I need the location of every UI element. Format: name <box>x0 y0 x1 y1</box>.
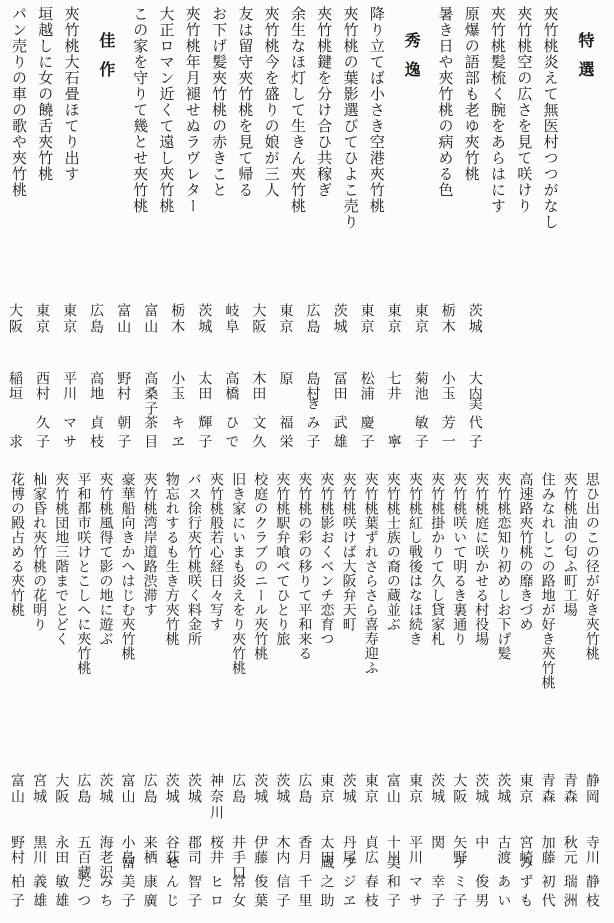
author-location: 大阪 <box>450 773 467 805</box>
author-location: 広島 <box>229 773 246 805</box>
poem-text: 垣越しに女の饒舌夾竹桃 <box>36 6 54 182</box>
author-surname: 七井 <box>385 371 403 401</box>
poem-text: 夾竹桃油の匂ふ町工場 <box>561 472 578 617</box>
poem-text: 夾竹桃団地三階までとどく <box>52 472 69 646</box>
poem-text: 夾竹桃髪梳く腕をあらはにす <box>489 6 507 214</box>
author-location: 神奈川 <box>207 773 224 821</box>
author-surname: 野村 <box>8 835 25 865</box>
author-surname: 太田 <box>195 371 213 401</box>
author-column: 岐阜 高橋 ひで <box>222 303 240 453</box>
author-given-name: ヒロ <box>207 874 224 912</box>
author-surname: 野村 <box>114 371 132 401</box>
author-column: 栃木 小玉 キヱ <box>168 303 186 453</box>
author-given-name: キヱ <box>168 415 186 453</box>
entry-column: 思ひ出のこの径が好き夾竹桃 静岡 寺川 静枝 <box>583 460 600 923</box>
entry-column: 住みなれしこの路地が好き夾竹桃 青森 加藤 初代 <box>539 460 556 923</box>
poem-text: 夾竹桃掛かりて久し貸家札 <box>428 472 445 646</box>
section-heading: 秀逸 <box>401 32 421 90</box>
author-location: 東京 <box>362 773 379 805</box>
author-given-name: 俊男 <box>472 874 489 912</box>
poem-text: 夾竹桃咲けば大阪弁天町 <box>340 472 357 632</box>
entry-column: 物忘れするも生き方夾竹桃 茨城 谷荻 せんじ <box>163 460 180 923</box>
author-column: 大阪 稲垣 求 <box>6 303 24 453</box>
entry-column: 夾竹桃掛かりて久し貸家札 茨城 関 幸子 <box>428 460 445 923</box>
poem-column: 夾竹桃鍵を分け合ひ共稼ぎ <box>315 6 333 198</box>
author-surname: 木内 <box>273 835 290 865</box>
author-location: 東京 <box>318 773 335 805</box>
author-column: 広島 高地 貞枝 <box>87 303 105 453</box>
poem-text: 住みなれしこの路地が好き夾竹桃 <box>539 472 556 690</box>
author-surname: 高橋 <box>222 371 240 401</box>
author-column: 茨城 太田 輝子 <box>195 303 213 453</box>
section-heading: 佳作 <box>96 32 116 90</box>
entry-column: 夾竹桃団地三階までとどく 大阪 永田 敏雄 <box>52 460 69 923</box>
poem-text: 杣家昏れ夾竹桃の花明り <box>30 472 47 632</box>
author-given-name: 信子 <box>273 874 290 912</box>
author-location: 茨城 <box>163 773 180 805</box>
author-surname: 寺川 <box>583 835 600 865</box>
author-surname: 小玉 <box>168 371 186 401</box>
author-given-name: 輝子 <box>195 415 213 453</box>
poem-column: 夾竹桃今を盛りの娘が三人 <box>263 6 281 198</box>
poem-text: 夾竹桃士族の裔の蔵並ぶ <box>384 472 401 632</box>
entry-column: 夾竹桃紅し戦後はなほ続き 東京 平川 マサ <box>406 460 423 923</box>
author-location: 富山 <box>8 773 25 805</box>
author-location: 大阪 <box>6 303 24 335</box>
author-given-name: ひで <box>222 415 240 453</box>
entry-column: 夾竹桃咲いて明るき裏通り 大阪 矢野 ナミ子 <box>450 460 467 923</box>
author-surname: 木田 <box>249 371 267 401</box>
poem-column: お下げ髪夾竹桃の赤きこと <box>210 6 228 198</box>
entry-column: 平和都市咲けとこしへに夾竹桃 広島 五百藏 たつ <box>74 460 91 923</box>
author-location: 茨城 <box>185 773 202 805</box>
author-surname: 関 <box>428 835 445 850</box>
author-column: 富山 高桑子 茶目 <box>141 303 159 453</box>
entry-column: 夾竹桃庭に咲かせる村役場 茨城 中 俊男 <box>472 460 489 923</box>
author-location: 大阪 <box>52 773 69 805</box>
author-column: 東京 西村 久子 <box>33 303 51 453</box>
author-surname: 高地 <box>87 371 105 401</box>
author-given-name: あい <box>494 874 511 912</box>
author-location: 茨城 <box>331 303 349 335</box>
poem-column: 夾竹桃大石畳ほてり出す <box>63 6 81 182</box>
author-column: 茨城 冨田 武雄 <box>331 303 349 453</box>
entry-column: 夾竹桃風得て影の地に遊ぶ 茨城 海老沢 みち <box>96 460 113 923</box>
poem-column: 垣越しに女の饒舌夾竹桃 <box>36 6 54 182</box>
author-location: 東京 <box>33 303 51 335</box>
author-location: 宮城 <box>30 773 47 805</box>
poem-text: 夾竹桃風得て影の地に遊ぶ <box>96 472 113 646</box>
author-given-name: 武雄 <box>331 415 349 453</box>
author-surname: 稲垣 <box>6 371 24 401</box>
author-column: 東京 松浦 慶子 <box>358 303 376 453</box>
author-location: 広島 <box>87 303 105 335</box>
author-surname: 中 <box>472 835 489 850</box>
poem-text: 夾竹桃恋知り初めしお下げ髪 <box>494 472 511 661</box>
author-surname: 永田 <box>52 835 69 865</box>
entry-column: 花博の殿占める夾竹桃 富山 野村 柏子 <box>8 460 25 923</box>
awards-section-top: 特選 夾竹桃炎えて無医村つつがなし 夾竹桃空の広さを見て咲けり 夾竹桃髪梳く腕を… <box>0 0 614 460</box>
author-surname: 高桑子 <box>141 371 159 416</box>
poem-column: 原爆の語部も老ゆ夾竹桃 <box>463 6 481 182</box>
poem-column: 降り立てば小さき空港夾竹桃 <box>368 6 386 214</box>
entry-column: 杣家昏れ夾竹桃の花明り 宮城 黒川 義雄 <box>30 460 47 923</box>
poem-text: この家を守りて幾とせ夾竹桃 <box>131 6 149 214</box>
poem-column: 友は留守夾竹桃を見て帰る <box>236 6 254 198</box>
author-given-name: 瑞洲 <box>561 874 578 912</box>
author-column: 広島 島村 きみ子 <box>304 303 322 453</box>
author-location: 茨城 <box>195 303 213 335</box>
poem-text: 夾竹桃鍵を分け合ひ共稼ぎ <box>315 6 333 198</box>
entry-column: 夾竹桃の彩の移りて平和来る 広島 香月 千里 <box>295 460 312 923</box>
poem-column: 夾竹桃炎えて無医村つつがなし <box>542 6 560 230</box>
poem-text: 豪華船向きかへはじむ夾竹桃 <box>119 472 136 661</box>
author-location: 東京 <box>517 773 534 805</box>
author-surname: 貞広 <box>362 835 379 865</box>
author-column: 東京 平川 マサ <box>60 303 78 453</box>
author-given-name: 貞枝 <box>87 415 105 453</box>
poem-text: 校庭のクラブのニール夾竹桃 <box>251 472 268 661</box>
author-location: 茨城 <box>428 773 445 805</box>
poem-column: パン売りの車の歌や夾竹桃 <box>10 6 28 198</box>
author-location: 静岡 <box>583 773 600 805</box>
author-given-name: 美代子 <box>466 396 484 453</box>
author-location: 富山 <box>114 303 132 335</box>
poem-text: 夾竹桃駅弁喰べてひとり旅 <box>273 472 290 646</box>
poem-text: 平和都市咲けとこしへに夾竹桃 <box>74 472 91 675</box>
poem-column: 夾竹桃髪梳く腕をあらはにす <box>489 6 507 214</box>
poem-text: 高速路夾竹桃の靡きづめ <box>517 472 534 632</box>
poem-text: 夾竹桃湾岸道路渋滞す <box>141 472 158 617</box>
author-given-name: マサ <box>406 874 423 912</box>
author-given-name: 芳一 <box>439 415 457 453</box>
author-location: 青森 <box>539 773 556 805</box>
entry-column: 夾竹桃士族の裔の蔵並ぶ 富山 十川 美和子 <box>384 460 401 923</box>
author-location: 東京 <box>385 303 403 335</box>
author-surname: 平川 <box>60 371 78 401</box>
author-given-name: 慶子 <box>358 415 376 453</box>
author-location: 茨城 <box>466 303 484 335</box>
poem-text: 夾竹桃炎えて無医村つつがなし <box>542 6 560 230</box>
author-given-name: 茶目 <box>141 415 159 453</box>
author-location: 茨城 <box>494 773 511 805</box>
author-given-name: 千里 <box>295 874 312 912</box>
poem-text: 旧き家にいまも炎えをり夾竹桃 <box>229 472 246 675</box>
author-location: 岐阜 <box>222 303 240 335</box>
scanned-haiku-results-page: 特選 夾竹桃炎えて無医村つつがなし 夾竹桃空の広さを見て咲けり 夾竹桃髪梳く腕を… <box>0 0 614 923</box>
poem-text: 大正ロマン近くて遠し夾竹桃 <box>157 6 175 214</box>
poem-column: 余生なほ灯して生きん夾竹桃 <box>289 6 307 214</box>
entry-column: 夾竹桃咲けば大阪弁天町 茨城 丹尾 フジヱ <box>340 460 357 923</box>
poem-column: 夾竹桃年月褪せぬラヴレター <box>184 6 202 214</box>
poem-text: バス徐行夾竹桃咲く料金所 <box>185 472 202 646</box>
entry-column: 高速路夾竹桃の靡きづめ 東京 宮崎 みずも <box>517 460 534 923</box>
author-column: 茨城 大内 美代子 <box>466 303 484 453</box>
author-surname: 郡司 <box>185 835 202 865</box>
author-surname: 古渡 <box>494 835 511 865</box>
author-given-name: 俊葉 <box>251 874 268 912</box>
poem-text: 夾竹桃咲いて明るき裏通り <box>450 472 467 646</box>
author-given-name: マサ <box>60 415 78 453</box>
author-surname: 菊池 <box>412 371 430 401</box>
author-given-name: みずも <box>517 855 534 912</box>
author-given-name: 静枝 <box>583 874 600 912</box>
entry-column: 豪華船向きかへはじむ夾竹桃 富山 小島 富美子 <box>119 460 136 923</box>
author-column: 東京 原 福栄 <box>276 303 294 453</box>
author-location: 東京 <box>60 303 78 335</box>
author-given-name: せんじ <box>163 855 180 912</box>
author-given-name: きみ子 <box>304 396 322 453</box>
poem-text: 夾竹桃大石畳ほてり出す <box>63 6 81 182</box>
author-location: 茨城 <box>472 773 489 805</box>
author-column: 富山 野村 朝子 <box>114 303 132 453</box>
author-given-name: みち <box>96 874 113 912</box>
author-given-name: 富美子 <box>119 855 136 912</box>
poem-text: 夾竹桃影おくベンチ恋育つ <box>318 472 335 646</box>
entry-columns-bottom: 思ひ出のこの径が好き夾竹桃 静岡 寺川 静枝 夾竹桃油の匂ふ町工場 青森 秋元 … <box>8 460 600 923</box>
poem-text: 夾竹桃紅し戦後はなほ続き <box>406 472 423 646</box>
author-surname: 平川 <box>406 835 423 865</box>
author-location: 茨城 <box>96 773 113 805</box>
author-given-name: たつ <box>74 874 91 912</box>
author-column: 栃木 小玉 芳一 <box>439 303 457 453</box>
poem-text: 夾竹桃葉ずれさらさら喜寿迎ふ <box>362 472 379 675</box>
poem-text: パン売りの車の歌や夾竹桃 <box>10 6 28 198</box>
author-location: 茨城 <box>340 773 357 805</box>
author-location: 富山 <box>141 303 159 335</box>
poem-column: 夾竹桃空の広さを見て咲けり <box>515 6 533 214</box>
author-location: 富山 <box>384 773 401 805</box>
author-surname: 来栖 <box>141 835 158 865</box>
author-given-name: 初代 <box>539 874 556 912</box>
author-given-name: 敏子 <box>412 415 430 453</box>
poem-text: 物忘れするも生き方夾竹桃 <box>163 472 180 646</box>
author-given-name: 求 <box>6 434 24 453</box>
author-location: 富山 <box>119 773 136 805</box>
poem-column: 夾竹桃の葉影選びてひよこ売り <box>342 6 360 230</box>
poem-text: 花博の殿占める夾竹桃 <box>8 472 25 617</box>
author-location: 広島 <box>141 773 158 805</box>
author-surname: 原 <box>276 371 294 386</box>
poem-text: 夾竹桃般若心経日々写す <box>207 472 224 632</box>
author-location: 東京 <box>358 303 376 335</box>
author-surname: 秋元 <box>561 835 578 865</box>
author-column: 東京 七井 寧 <box>385 303 403 453</box>
author-given-name: 福栄 <box>276 415 294 453</box>
section-heading-column: 特選 <box>575 6 595 90</box>
author-surname: 松浦 <box>358 371 376 401</box>
entry-column: 夾竹桃駅弁喰べてひとり旅 茨城 木内 信子 <box>273 460 290 923</box>
section-heading-column: 秀逸 <box>401 6 421 90</box>
poem-column: 大正ロマン近くて遠し夾竹桃 <box>157 6 175 214</box>
author-surname: 冨田 <box>331 371 349 401</box>
author-given-name: 義雄 <box>30 874 47 912</box>
entry-column: 校庭のクラブのニール夾竹桃 茨城 伊藤 俊葉 <box>251 460 268 923</box>
author-given-name: ナミ子 <box>450 855 467 912</box>
author-given-name: 智子 <box>185 874 202 912</box>
author-given-name: 康廣 <box>141 874 158 912</box>
author-surname: 小玉 <box>439 371 457 401</box>
author-given-name: 蔵之助 <box>318 855 335 912</box>
awards-section-bottom: 思ひ出のこの径が好き夾竹桃 静岡 寺川 静枝 夾竹桃油の匂ふ町工場 青森 秋元 … <box>0 460 614 923</box>
entry-column: 夾竹桃恋知り初めしお下げ髪 茨城 古渡 あい <box>494 460 511 923</box>
poem-column: 暑き日や夾竹桃の病める色 <box>436 6 454 198</box>
author-surname: 桜井 <box>207 835 224 865</box>
author-location: 青森 <box>561 773 578 805</box>
poem-text: 夾竹桃今を盛りの娘が三人 <box>263 6 281 198</box>
poem-text: 暑き日や夾竹桃の病める色 <box>436 6 454 198</box>
entry-column: 夾竹桃般若心経日々写す 神奈川 桜井 ヒロ <box>207 460 224 923</box>
author-location: 広島 <box>295 773 312 805</box>
author-given-name: 幸子 <box>428 874 445 912</box>
entry-column: 夾竹桃影おくベンチ恋育つ 東京 太田 蔵之助 <box>318 460 335 923</box>
author-surname: 加藤 <box>539 835 556 865</box>
poem-text: 原爆の語部も老ゆ夾竹桃 <box>463 6 481 182</box>
poem-text: 夾竹桃の彩の移りて平和来る <box>295 472 312 661</box>
author-surname: 香月 <box>295 835 312 865</box>
author-location: 大阪 <box>249 303 267 335</box>
author-given-name: 文久 <box>249 415 267 453</box>
author-location: 東京 <box>412 303 430 335</box>
author-given-name: 朝子 <box>114 415 132 453</box>
author-given-name: 敏雄 <box>52 874 69 912</box>
poem-text: 降り立てば小さき空港夾竹桃 <box>368 6 386 214</box>
author-location: 茨城 <box>273 773 290 805</box>
author-location: 東京 <box>406 773 423 805</box>
section-heading-column: 佳作 <box>96 6 116 90</box>
author-location: 茨城 <box>251 773 268 805</box>
author-location: 栃木 <box>168 303 186 335</box>
author-given-name: 常女 <box>229 874 246 912</box>
author-given-name: 春枝 <box>362 874 379 912</box>
author-surname: 伊藤 <box>251 835 268 865</box>
poem-text: 夾竹桃年月褪せぬラヴレター <box>184 6 202 214</box>
author-location: 栃木 <box>439 303 457 335</box>
poem-text: 友は留守夾竹桃を見て帰る <box>236 6 254 198</box>
author-surname: 西村 <box>33 371 51 401</box>
author-given-name: 寧 <box>385 434 403 453</box>
author-surname: 黒川 <box>30 835 47 865</box>
author-given-name: フジヱ <box>340 855 357 912</box>
poem-text: 夾竹桃空の広さを見て咲けり <box>515 6 533 214</box>
poem-text: 思ひ出のこの径が好き夾竹桃 <box>583 472 600 661</box>
author-location: 東京 <box>276 303 294 335</box>
author-column: 大阪 木田 文久 <box>249 303 267 453</box>
author-location: 広島 <box>304 303 322 335</box>
entry-column: 旧き家にいまも炎えをり夾竹桃 広島 井手口 常女 <box>229 460 246 923</box>
author-given-name: 久子 <box>33 415 51 453</box>
author-given-name: 柏子 <box>8 874 25 912</box>
poem-text: 夾竹桃の葉影選びてひよこ売り <box>342 6 360 230</box>
author-columns-top: 茨城 大内 美代子 栃木 小玉 芳一 東京 菊池 敏子 東京 七井 寧 東京 松… <box>6 303 484 453</box>
poem-text: 夾竹桃庭に咲かせる村役場 <box>472 472 489 646</box>
poem-text: お下げ髪夾竹桃の赤きこと <box>210 6 228 198</box>
author-column: 東京 菊池 敏子 <box>412 303 430 453</box>
poem-column: この家を守りて幾とせ夾竹桃 <box>131 6 149 214</box>
entry-column: 夾竹桃油の匂ふ町工場 青森 秋元 瑞洲 <box>561 460 578 923</box>
section-heading: 特選 <box>575 32 595 90</box>
poem-text: 余生なほ灯して生きん夾竹桃 <box>289 6 307 214</box>
entry-column: 夾竹桃湾岸道路渋滞す 広島 来栖 康廣 <box>141 460 158 923</box>
entry-column: バス徐行夾竹桃咲く料金所 茨城 郡司 智子 <box>185 460 202 923</box>
entry-column: 夾竹桃葉ずれさらさら喜寿迎ふ 東京 貞広 春枝 <box>362 460 379 923</box>
author-location: 広島 <box>74 773 91 805</box>
author-given-name: 美和子 <box>384 855 401 912</box>
poem-columns-top: 特選 夾竹桃炎えて無医村つつがなし 夾竹桃空の広さを見て咲けり 夾竹桃髪梳く腕を… <box>10 6 602 230</box>
